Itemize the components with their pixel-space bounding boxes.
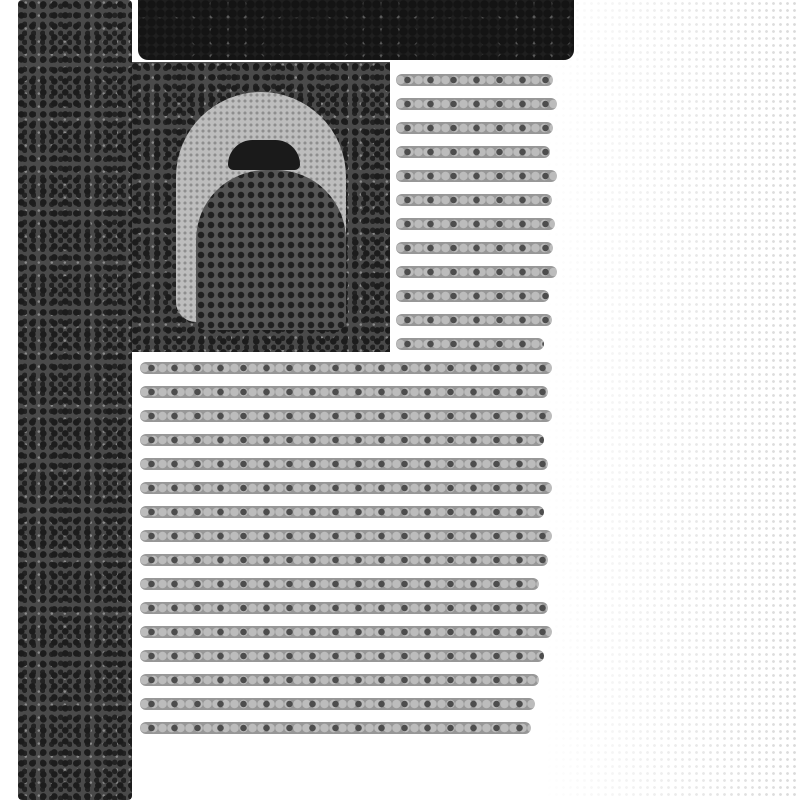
illegible-text-line xyxy=(140,482,552,494)
illegible-text-line xyxy=(140,650,544,662)
illegible-text-line xyxy=(396,242,553,254)
illegible-text-line xyxy=(140,674,539,686)
illegible-text-line xyxy=(140,410,552,422)
illegible-text-line xyxy=(140,698,535,710)
illegible-text-line xyxy=(396,74,553,86)
illegible-text-line xyxy=(396,218,555,230)
illegible-text-line xyxy=(140,578,539,590)
miniature-illustration xyxy=(132,62,390,352)
illegible-text-line xyxy=(140,458,548,470)
text-block-main xyxy=(140,362,556,746)
illegible-text-line xyxy=(396,194,552,206)
illegible-text-line xyxy=(140,434,544,446)
illegible-text-line xyxy=(396,122,553,134)
illegible-text-line xyxy=(396,338,544,350)
illegible-text-line xyxy=(396,170,557,182)
illegible-text-line xyxy=(140,386,548,398)
text-column-right xyxy=(396,74,560,362)
figure-icon xyxy=(196,170,346,330)
illegible-text-line xyxy=(396,146,550,158)
illegible-text-line xyxy=(140,626,552,638)
illegible-text-line xyxy=(140,554,548,566)
decorated-top-banner xyxy=(138,0,574,60)
illegible-text-line xyxy=(140,506,544,518)
illegible-text-line xyxy=(396,98,557,110)
illegible-text-line xyxy=(396,266,557,278)
illegible-text-line xyxy=(396,314,552,326)
illegible-text-line xyxy=(140,722,531,734)
halo-icon xyxy=(228,140,300,170)
illegible-text-line xyxy=(140,362,552,374)
decorated-left-border xyxy=(18,0,132,800)
illegible-text-line xyxy=(140,530,552,542)
illegible-text-line xyxy=(140,602,548,614)
illegible-text-line xyxy=(396,290,549,302)
